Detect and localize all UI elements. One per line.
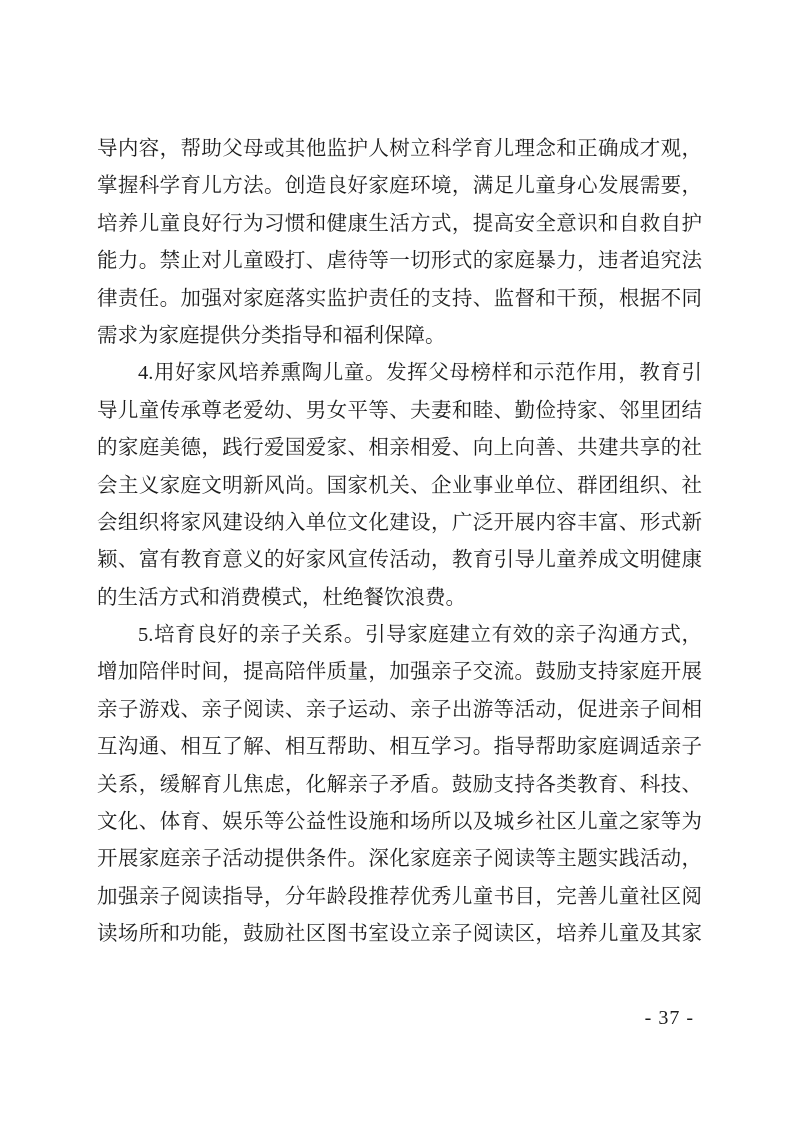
text-line: 的家庭美德，践行爱国爱家、相亲相爱、向上向善、共建共享的社	[97, 430, 702, 467]
text-line: 文化、体育、娱乐等公益性设施和场所以及城乡社区儿童之家等为	[97, 804, 702, 841]
text-line: 亲子游戏、亲子阅读、亲子运动、亲子出游等活动，促进亲子间相	[97, 692, 702, 729]
page-number: - 37 -	[645, 1003, 694, 1033]
text-line: 颖、富有教育意义的好家风宣传活动，教育引导儿童养成文明健康	[97, 542, 702, 579]
text-line: 互沟通、相互了解、相互帮助、相互学习。指导帮助家庭调适亲子	[97, 729, 702, 766]
text-line: 培养儿童良好行为习惯和健康生活方式，提高安全意识和自救自护	[97, 206, 702, 243]
text-line: 增加陪伴时间，提高陪伴质量，加强亲子交流。鼓励支持家庭开展	[97, 654, 702, 691]
text-line: 导儿童传承尊老爱幼、男女平等、夫妻和睦、勤俭持家、邻里团结	[97, 393, 702, 430]
text-line: 会主义家庭文明新风尚。国家机关、企业事业单位、群团组织、社	[97, 468, 702, 505]
text-line: 5.培育良好的亲子关系。引导家庭建立有效的亲子沟通方式，	[97, 617, 702, 654]
text-line: 会组织将家风建设纳入单位文化建设，广泛开展内容丰富、形式新	[97, 505, 702, 542]
text-line: 加强亲子阅读指导，分年龄段推荐优秀儿童书目，完善儿童社区阅	[97, 879, 702, 916]
text-line: 律责任。加强对家庭落实监护责任的支持、监督和干预，根据不同	[97, 281, 702, 318]
text-line: 导内容，帮助父母或其他监护人树立科学育儿理念和正确成才观，	[97, 131, 702, 168]
document-body: 导内容，帮助父母或其他监护人树立科学育儿理念和正确成才观，掌握科学育儿方法。创造…	[97, 131, 702, 954]
text-line: 需求为家庭提供分类指导和福利保障。	[97, 318, 702, 355]
text-line: 读场所和功能，鼓励社区图书室设立亲子阅读区，培养儿童及其家	[97, 916, 702, 953]
text-line: 能力。禁止对儿童殴打、虐待等一切形式的家庭暴力，违者追究法	[97, 243, 702, 280]
text-line: 的生活方式和消费模式，杜绝餐饮浪费。	[97, 580, 702, 617]
text-line: 4.用好家风培养熏陶儿童。发挥父母榜样和示范作用，教育引	[97, 355, 702, 392]
text-line: 开展家庭亲子活动提供条件。深化家庭亲子阅读等主题实践活动，	[97, 841, 702, 878]
document-page: 导内容，帮助父母或其他监护人树立科学育儿理念和正确成才观，掌握科学育儿方法。创造…	[0, 0, 794, 1122]
text-line: 关系，缓解育儿焦虑，化解亲子矛盾。鼓励支持各类教育、科技、	[97, 767, 702, 804]
text-line: 掌握科学育儿方法。创造良好家庭环境，满足儿童身心发展需要，	[97, 168, 702, 205]
